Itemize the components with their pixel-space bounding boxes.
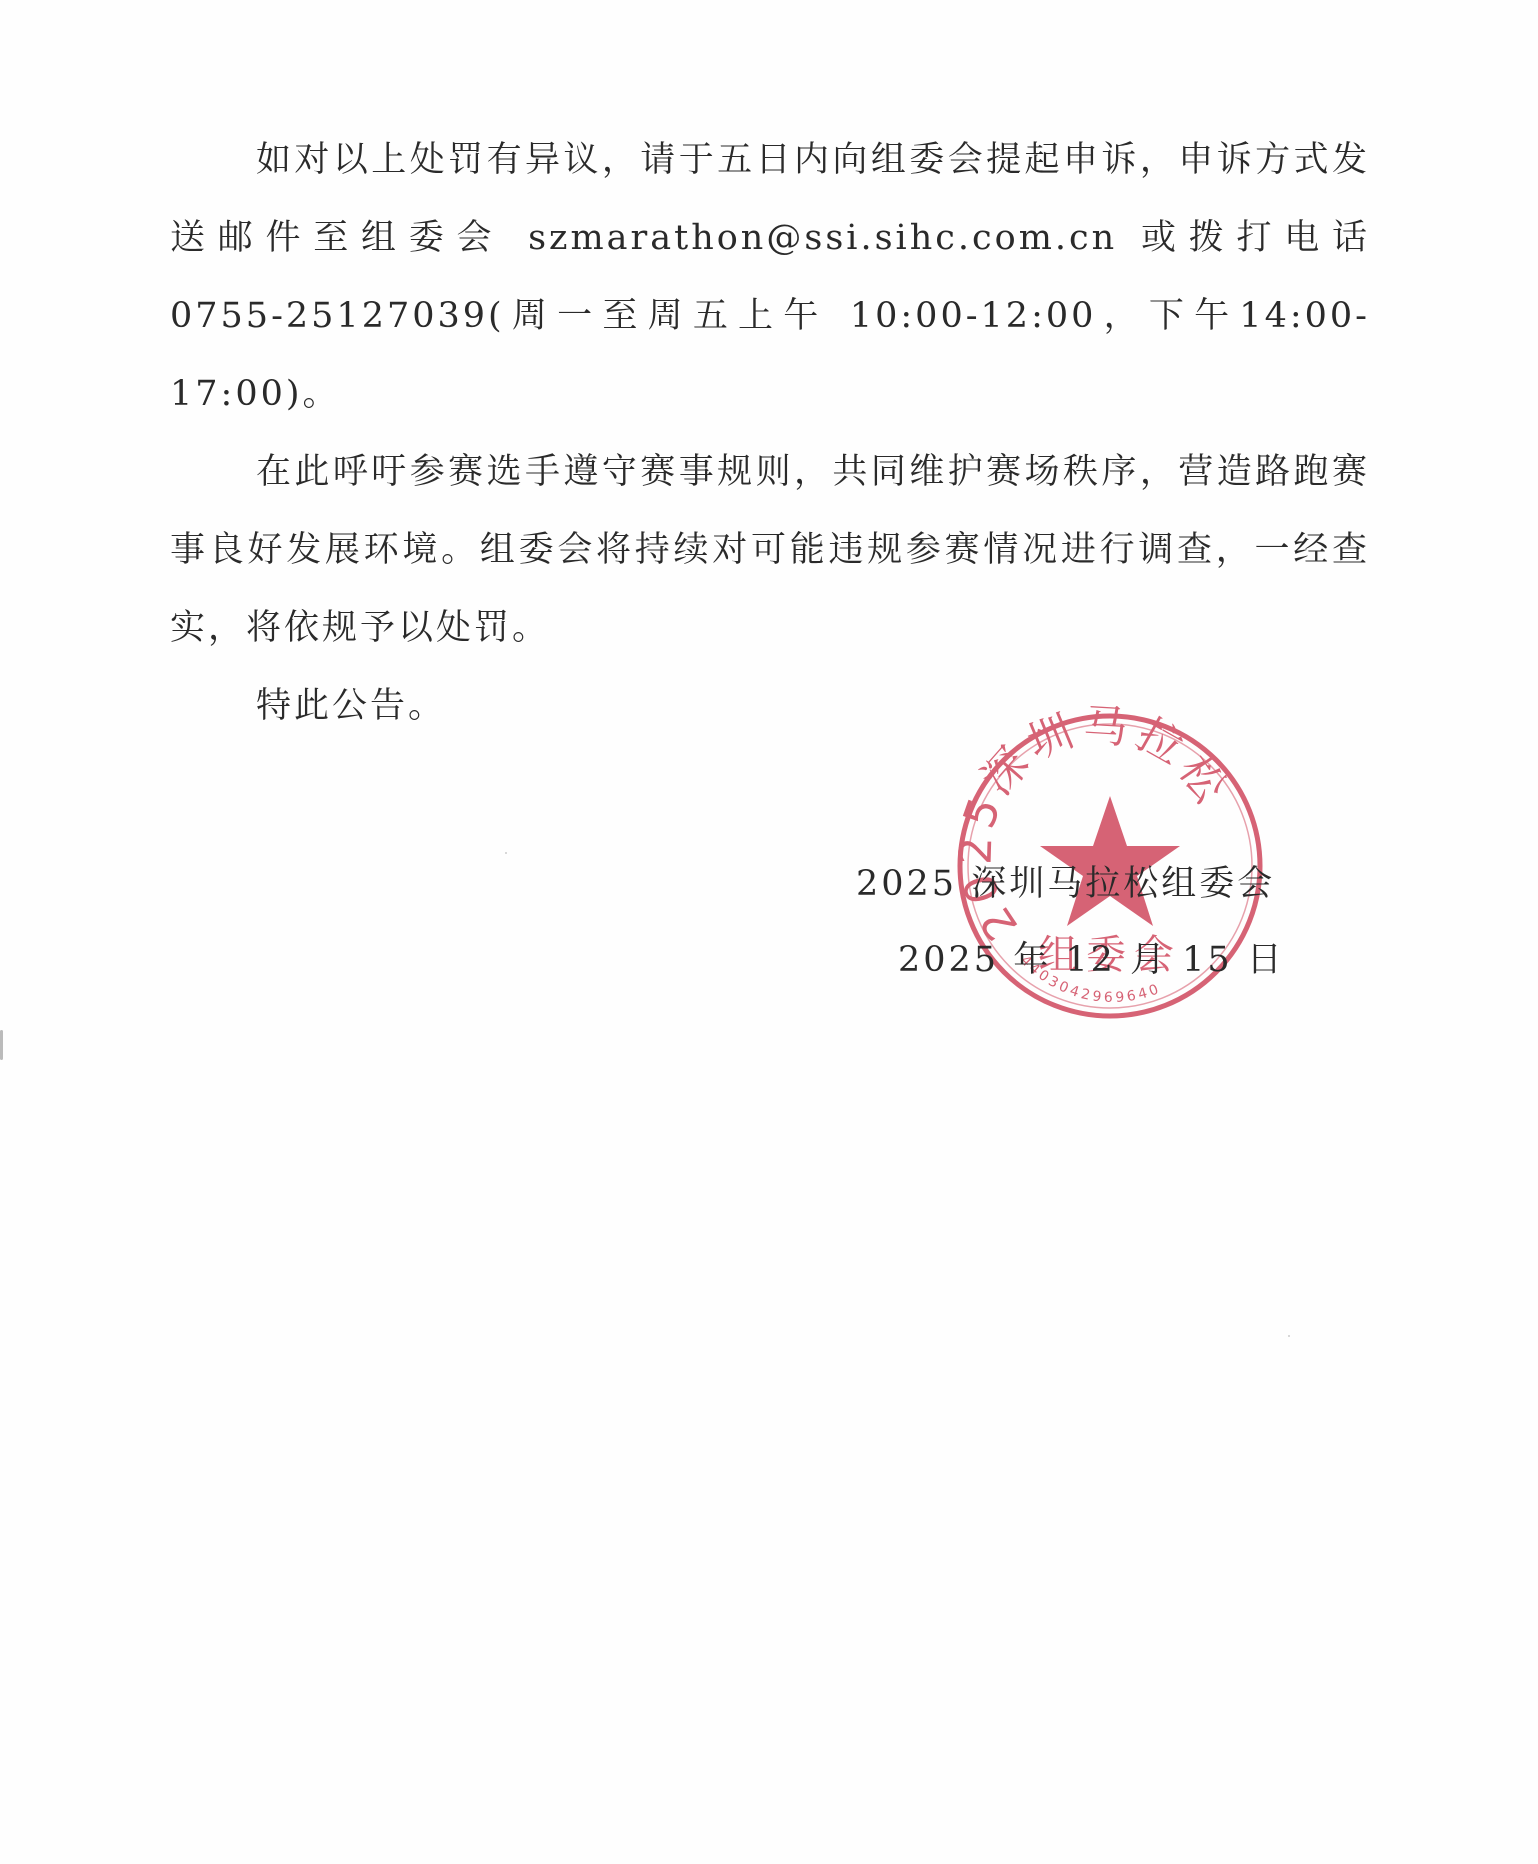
signature-date: 2025 年 12 月 15 日 — [898, 932, 1285, 982]
page-edge-mark — [0, 1030, 3, 1060]
scan-speck — [505, 852, 507, 854]
document-page: 如对以上处罚有异议，请于五日内向组委会提起申诉，申诉方式发送邮件至组委会 szm… — [0, 0, 1538, 1864]
appeal-paragraph: 如对以上处罚有异议，请于五日内向组委会提起申诉，申诉方式发送邮件至组委会 szm… — [170, 121, 1370, 433]
appeal-call-paragraph: 在此呼吁参赛选手遵守赛事规则，共同维护赛场秩序，营造路跑赛事良好发展环境。组委会… — [170, 433, 1370, 667]
signature-organization: 2025 深圳马拉松组委会 — [856, 856, 1275, 906]
scan-speck — [1288, 1335, 1290, 1337]
